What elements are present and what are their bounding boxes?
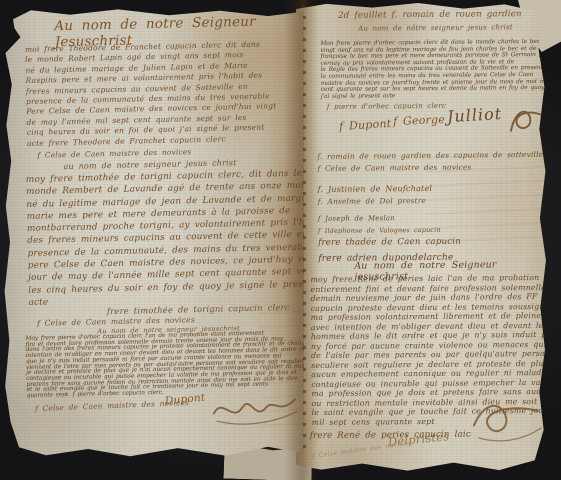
clothing-act-theodore: moi frere Theodore de Franchet capucin c… (25, 39, 285, 149)
folio-subheader: Au nom de nôtre seigneur jesus christ (358, 23, 513, 32)
folio-header: 2d feuillet f. romain de rouen gardien (338, 9, 522, 21)
left-page-content: Au nom de notre Seigneur Jesuschrist moi… (4, 5, 314, 462)
signature-pierre-dorbec: f pierre d'orbec capucin clerc (327, 102, 446, 111)
clothing-act-pierre: Mon frere pierre d'orbec capucin clerc d… (320, 39, 545, 100)
manuscript-line: f. romain de rouen gardien des capucins … (317, 149, 547, 163)
clothing-act-timothee: moy frere timothée de torigni capucin cl… (26, 168, 293, 309)
right-page-content: 2d feuillet f. romain de rouen gardien A… (296, 1, 554, 473)
manuscript-line: f. Anselme de Dol prestre (318, 194, 548, 208)
signature-flourish-right-top (505, 101, 549, 141)
signature-celse-faint: f Celse maistre des novices (312, 440, 411, 460)
manuscript-line: j'ai signé le present acte (321, 92, 545, 101)
signature-julliot: Julliot (446, 104, 502, 126)
signature-flourish-right-bottom (467, 393, 545, 450)
manuscript-line: f Celse de Caen maistre des novices (317, 161, 547, 175)
manuscript-scan: Au nom de notre Seigneur Jesuschrist moi… (0, 0, 561, 480)
signature-dupont-right: f Dupont (339, 117, 392, 133)
left-page: Au nom de notre Seigneur Jesuschrist moi… (4, 8, 304, 458)
witness-signature-list: f. romain de rouen gardien des capucins … (317, 149, 548, 265)
signature-flourish-left (209, 387, 302, 431)
signature-dupont-left: Dupont (164, 392, 205, 408)
signature-george: f George (393, 113, 445, 128)
manuscript-line: frere thadée de Caen capucin (318, 235, 548, 249)
signature-celse-1: f Celse de Caen maistre des novices (37, 147, 191, 159)
right-page: 2d feuillet f. romain de rouen gardien A… (296, 2, 550, 472)
